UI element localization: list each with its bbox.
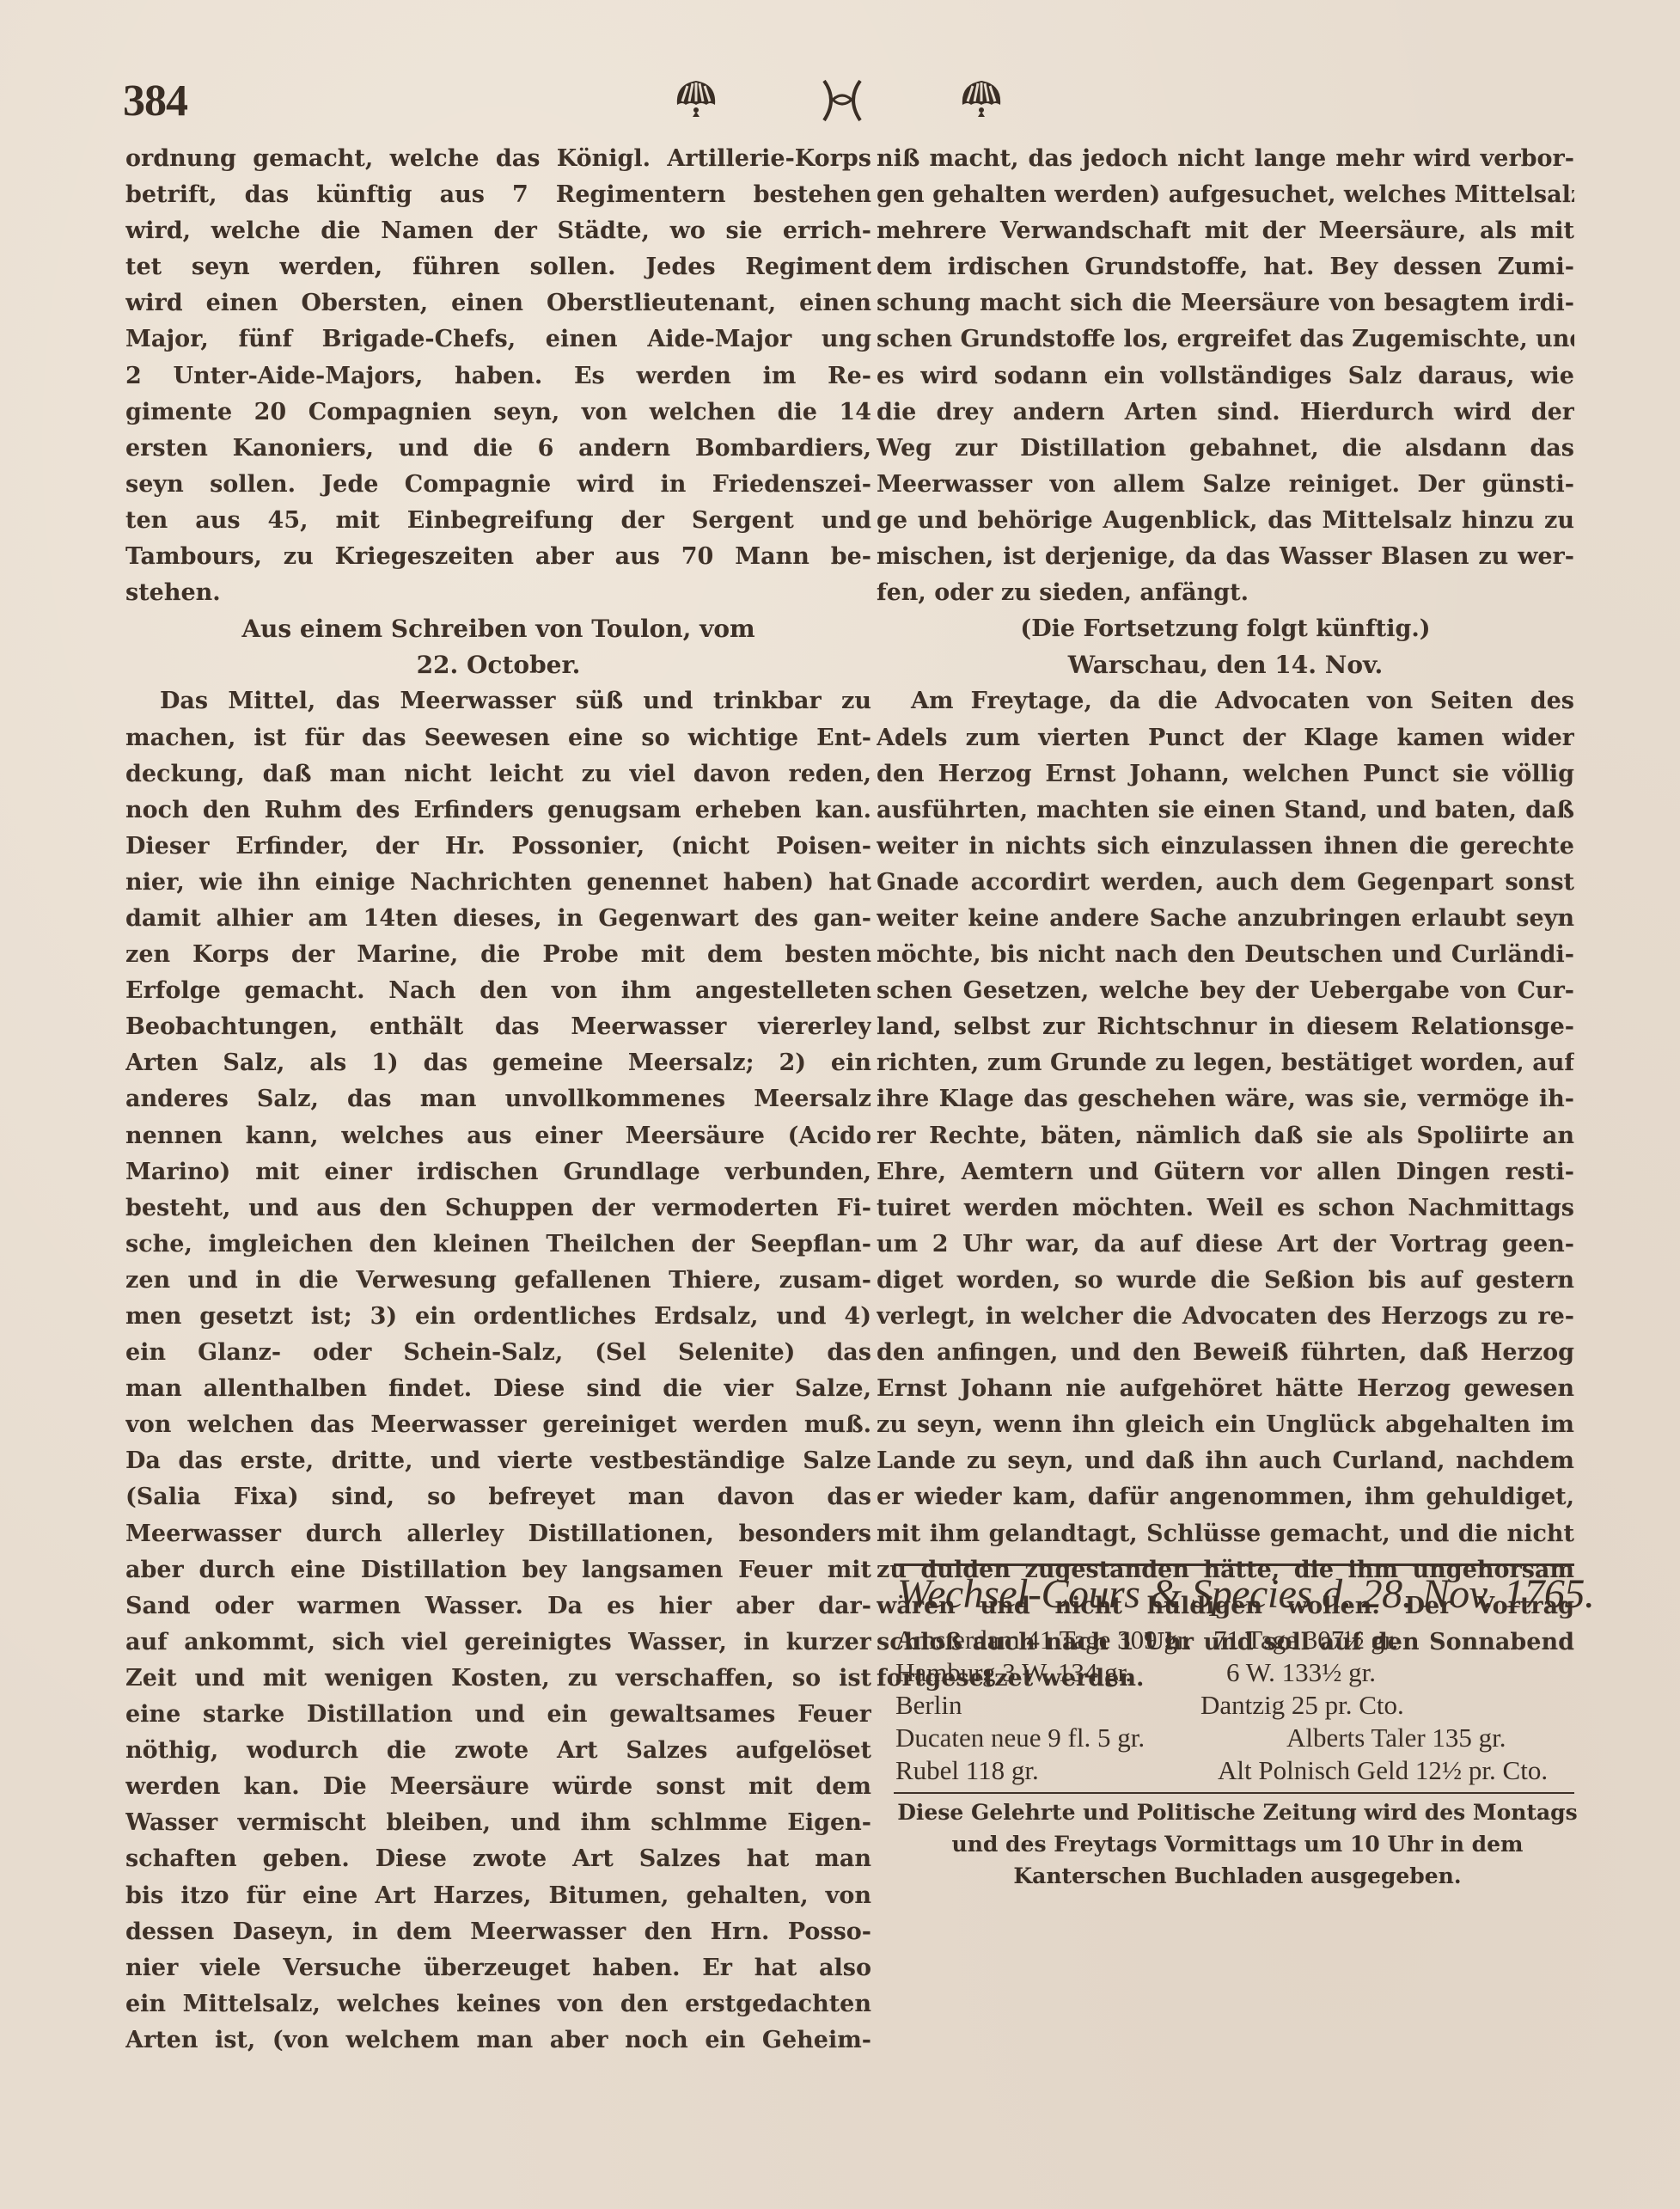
section-heading-date: 22. October. [125, 647, 871, 683]
text-line: fen, oder zu sieden, anfängt. [877, 575, 1574, 611]
text-line: diget worden, so wurde die Seßion bis au… [877, 1263, 1574, 1299]
text-line: niß macht, das jedoch nicht lange mehr w… [877, 141, 1574, 177]
text-line: Wasser vermischt bleiben, und ihm schlmm… [125, 1805, 871, 1841]
text-line: Adels zum vierten Punct der Klage kamen … [877, 720, 1574, 756]
text-line: weiter in nichts sich einzulassen ihnen … [877, 829, 1574, 865]
text-line: ge und behörige Augenblick, das Mittelsa… [877, 503, 1574, 539]
text-line: werden kan. Die Meersäure würde sonst mi… [125, 1769, 871, 1805]
text-line: ihre Klage das geschehen wäre, was sie, … [877, 1081, 1574, 1117]
text-line: tuiret werden möchten. Weil es schon Nac… [877, 1190, 1574, 1227]
text-line: Tambours, zu Kriegeszeiten aber aus 70 M… [125, 539, 871, 575]
text-line: (Salia Fixa) sind, so befreyet man davon… [125, 1479, 871, 1515]
text-line: eine starke Distillation und ein gewalts… [125, 1697, 871, 1733]
text-line: ein Glanz- oder Schein-Salz, (Sel Seleni… [125, 1335, 871, 1371]
exchange-rates-table: Amsterdam 41 Tage 309 gr. 71 Tage 307½ g… [895, 1625, 1583, 1788]
text-line: Marino) mit einer irdischen Grundlage ve… [125, 1154, 871, 1190]
text-line: nennen kann, welches aus einer Meersäure… [125, 1118, 871, 1154]
text-line: noch den Ruhm des Erfinders genugsam erh… [125, 792, 871, 829]
text-line: nier, wie ihn einige Nachrichten genenne… [125, 865, 871, 901]
text-line: mehrere Verwandschaft mit der Meersäure,… [877, 213, 1574, 249]
text-line: möchte, bis nicht nach den Deutschen und… [877, 937, 1574, 973]
text-line: Arten ist, (von welchem man aber noch ei… [125, 2022, 871, 2059]
text-line: Erfolge gemacht. Nach den von ihm angest… [125, 973, 871, 1009]
text-line: von welchen das Meerwasser gereiniget we… [125, 1407, 871, 1443]
text-line: um 2 Uhr war, da auf diese Art der Vortr… [877, 1227, 1574, 1263]
publication-notice: Diese Gelehrte und Politische Zeitung wi… [894, 1796, 1581, 1892]
text-line: Da das erste, dritte, und vierte vestbes… [125, 1443, 871, 1479]
section-heading-warschau: Warschau, den 14. Nov. [877, 647, 1574, 683]
text-line: es wird sodann ein vollständiges Salz da… [877, 358, 1574, 395]
rate-right: 6 W. 133½ gr. [1226, 1657, 1376, 1688]
text-line: seyn sollen. Jede Compagnie wird in Frie… [125, 467, 871, 503]
text-line: deckung, daß man nicht leicht zu viel da… [125, 756, 871, 792]
text-line: schen Grundstoffe los, ergreifet das Zug… [877, 321, 1574, 358]
text-line: mischen, ist derjenige, da das Wasser Bl… [877, 539, 1574, 575]
rate-row: Hamburg 3 W. 134 gr. 6 W. 133½ gr. [895, 1657, 1583, 1690]
text-line: Beobachtungen, enthält das Meerwasser vi… [125, 1009, 871, 1045]
text-line: Weg zur Distillation gebahnet, die alsda… [877, 431, 1574, 467]
text-line: Ernst Johann nie aufgehöret hätte Herzog… [877, 1371, 1574, 1407]
text-line: land, selbst zur Richtschnur in diesem R… [877, 1009, 1574, 1045]
notice-line: und des Freytags Vormittags um 10 Uhr in… [894, 1828, 1581, 1860]
rate-right: Dantzig 25 pr. Cto. [1200, 1690, 1404, 1721]
rate-left: Rubel 118 gr. [895, 1755, 1039, 1786]
text-line: auf ankommt, sich viel gereinigtes Wasse… [125, 1625, 871, 1661]
text-line: bis itzo für eine Art Harzes, Bitumen, g… [125, 1878, 871, 1914]
double-bracket-ornament-icon [812, 76, 872, 124]
text-line: gen gehalten werden) aufgesuchet, welche… [877, 177, 1574, 213]
left-column: ordnung gemacht, welche das Königl. Arti… [125, 141, 871, 2059]
text-line: die drey andern Arten sind. Hierdurch wi… [877, 395, 1574, 431]
page-number: 384 [123, 76, 187, 126]
rate-row: Rubel 118 gr. Alt Polnisch Geld 12½ pr. … [895, 1755, 1583, 1788]
text-line: zen Korps der Marine, die Probe mit dem … [125, 937, 871, 973]
text-line: stehen. [125, 575, 871, 611]
text-line: betrift, das künftig aus 7 Regimentern b… [125, 177, 871, 213]
text-line: Gnade accordirt werden, auch dem Gegenpa… [877, 865, 1574, 901]
rate-row: Amsterdam 41 Tage 309 gr. 71 Tage 307½ g… [895, 1625, 1583, 1657]
text-line: den anfingen, und den Beweiß führten, da… [877, 1335, 1574, 1371]
text-line: Am Freytage, da die Advocaten von Seiten… [877, 683, 1574, 719]
text-line: Das Mittel, das Meerwasser süß und trink… [125, 683, 871, 719]
text-line: ersten Kanoniers, und die 6 andern Bomba… [125, 431, 871, 467]
text-line: besteht, und aus den Schuppen der vermod… [125, 1190, 871, 1227]
section-heading-toulon: Aus einem Schreiben von Toulon, vom [125, 611, 871, 647]
text-line: er wieder kam, dafür angenommen, ihm geh… [877, 1479, 1574, 1515]
text-line: dem irdischen Grundstoffe, hat. Bey dess… [877, 249, 1574, 285]
text-line: damit alhier am 14ten dieses, in Gegenwa… [125, 901, 871, 937]
text-line: tet seyn werden, führen sollen. Jedes Re… [125, 249, 871, 285]
rate-row: Berlin Dantzig 25 pr. Cto. [895, 1690, 1583, 1723]
text-line: schaften geben. Diese zwote Art Salzes h… [125, 1841, 871, 1877]
rate-right: Alberts Taler 135 gr. [1286, 1723, 1506, 1753]
text-line: Meerwasser durch allerley Distillationen… [125, 1516, 871, 1552]
text-line: gimente 20 Compagnien seyn, von welchen … [125, 395, 871, 431]
text-line: aber durch eine Distillation bey langsam… [125, 1552, 871, 1588]
text-line: men gesetzt ist; 3) ein ordentliches Erd… [125, 1299, 871, 1335]
text-line: zen und in die Verwesung gefallenen Thie… [125, 1263, 871, 1299]
rate-left: Berlin [895, 1690, 962, 1721]
text-line: nier viele Versuche überzeuget haben. Er… [125, 1950, 871, 1986]
text-line: 2 Unter-Aide-Majors, haben. Es werden im… [125, 358, 871, 395]
text-line: Ehre, Aemtern und Gütern vor allen Dinge… [877, 1154, 1574, 1190]
text-line: mit ihm gelandtagt, Schlüsse gemacht, un… [877, 1516, 1574, 1552]
text-line: ein Mittelsalz, welches keines von den e… [125, 1986, 871, 2022]
text-line: ausführten, machten sie einen Stand, und… [877, 792, 1574, 829]
text-line: Sand oder warmen Wasser. Da es hier aber… [125, 1588, 871, 1625]
section-divider [894, 1792, 1574, 1794]
text-line: dessen Daseyn, in dem Meerwasser den Hrn… [125, 1914, 871, 1950]
text-line: anderes Salz, das man unvollkommenes Mee… [125, 1081, 871, 1117]
rate-left: Ducaten neue 9 fl. 5 gr. [895, 1723, 1145, 1753]
shell-ornament-icon [956, 76, 1007, 124]
notice-line: Diese Gelehrte und Politische Zeitung wi… [894, 1796, 1581, 1828]
text-line: Lande zu seyn, und daß ihn auch Curland,… [877, 1443, 1574, 1479]
text-line: schen Gesetzen, welche bey der Uebergabe… [877, 973, 1574, 1009]
text-line: wird, welche die Namen der Städte, wo si… [125, 213, 871, 249]
text-line: ten aus 45, mit Einbegreifung der Sergen… [125, 503, 871, 539]
text-line: Arten Salz, als 1) das gemeine Meersalz;… [125, 1045, 871, 1081]
rate-row: Ducaten neue 9 fl. 5 gr. Alberts Taler 1… [895, 1723, 1583, 1755]
text-line: nöthig, wodurch die zwote Art Salzes auf… [125, 1733, 871, 1769]
text-line: ordnung gemacht, welche das Königl. Arti… [125, 141, 871, 177]
text-line: man allenthalben findet. Diese sind die … [125, 1371, 871, 1407]
text-line: Dieser Erfinder, der Hr. Possonier, (nic… [125, 829, 871, 865]
rate-left: Hamburg 3 W. 134 gr. [895, 1657, 1132, 1688]
text-line: Meerwasser von allem Salze reiniget. Der… [877, 467, 1574, 503]
text-line: sche, imgleichen den kleinen Theilchen d… [125, 1227, 871, 1263]
text-line: schung macht sich die Meersäure von besa… [877, 285, 1574, 321]
rate-right: Alt Polnisch Geld 12½ pr. Cto. [1218, 1755, 1548, 1786]
text-line: weiter keine andere Sache anzubringen er… [877, 901, 1574, 937]
text-line: verlegt, in welcher die Advocaten des He… [877, 1299, 1574, 1335]
section-divider [894, 1563, 1574, 1566]
text-line: rer Rechte, bäten, nämlich daß sie als S… [877, 1118, 1574, 1154]
text-line: Zeit und mit wenigen Kosten, zu verschaf… [125, 1661, 871, 1697]
text-line: den Herzog Ernst Johann, welchen Punct s… [877, 756, 1574, 792]
text-line: richten, zum Grunde zu legen, bestätiget… [877, 1045, 1574, 1081]
right-column: niß macht, das jedoch nicht lange mehr w… [877, 141, 1574, 1697]
continuation-note: (Die Fortsetzung folgt künftig.) [877, 611, 1574, 647]
exchange-rates-title: Wechsel-Cours & Species d. 28. Nov. 1765… [897, 1570, 1585, 1618]
text-line: wird einen Obersten, einen Oberstlieuten… [125, 285, 871, 321]
notice-line: Kanterschen Buchladen ausgegeben. [894, 1860, 1581, 1892]
rate-right: 71 Tage 307½ gr. [1213, 1625, 1398, 1655]
text-line: machen, ist für das Seewesen eine so wic… [125, 720, 871, 756]
text-line: zu seyn, wenn ihn gleich ein Unglück abg… [877, 1407, 1574, 1443]
text-line: Major, fünf Brigade-Chefs, einen Aide-Ma… [125, 321, 871, 358]
rate-left: Amsterdam 41 Tage 309 gr. [895, 1625, 1191, 1655]
shell-ornament-icon [670, 76, 722, 124]
